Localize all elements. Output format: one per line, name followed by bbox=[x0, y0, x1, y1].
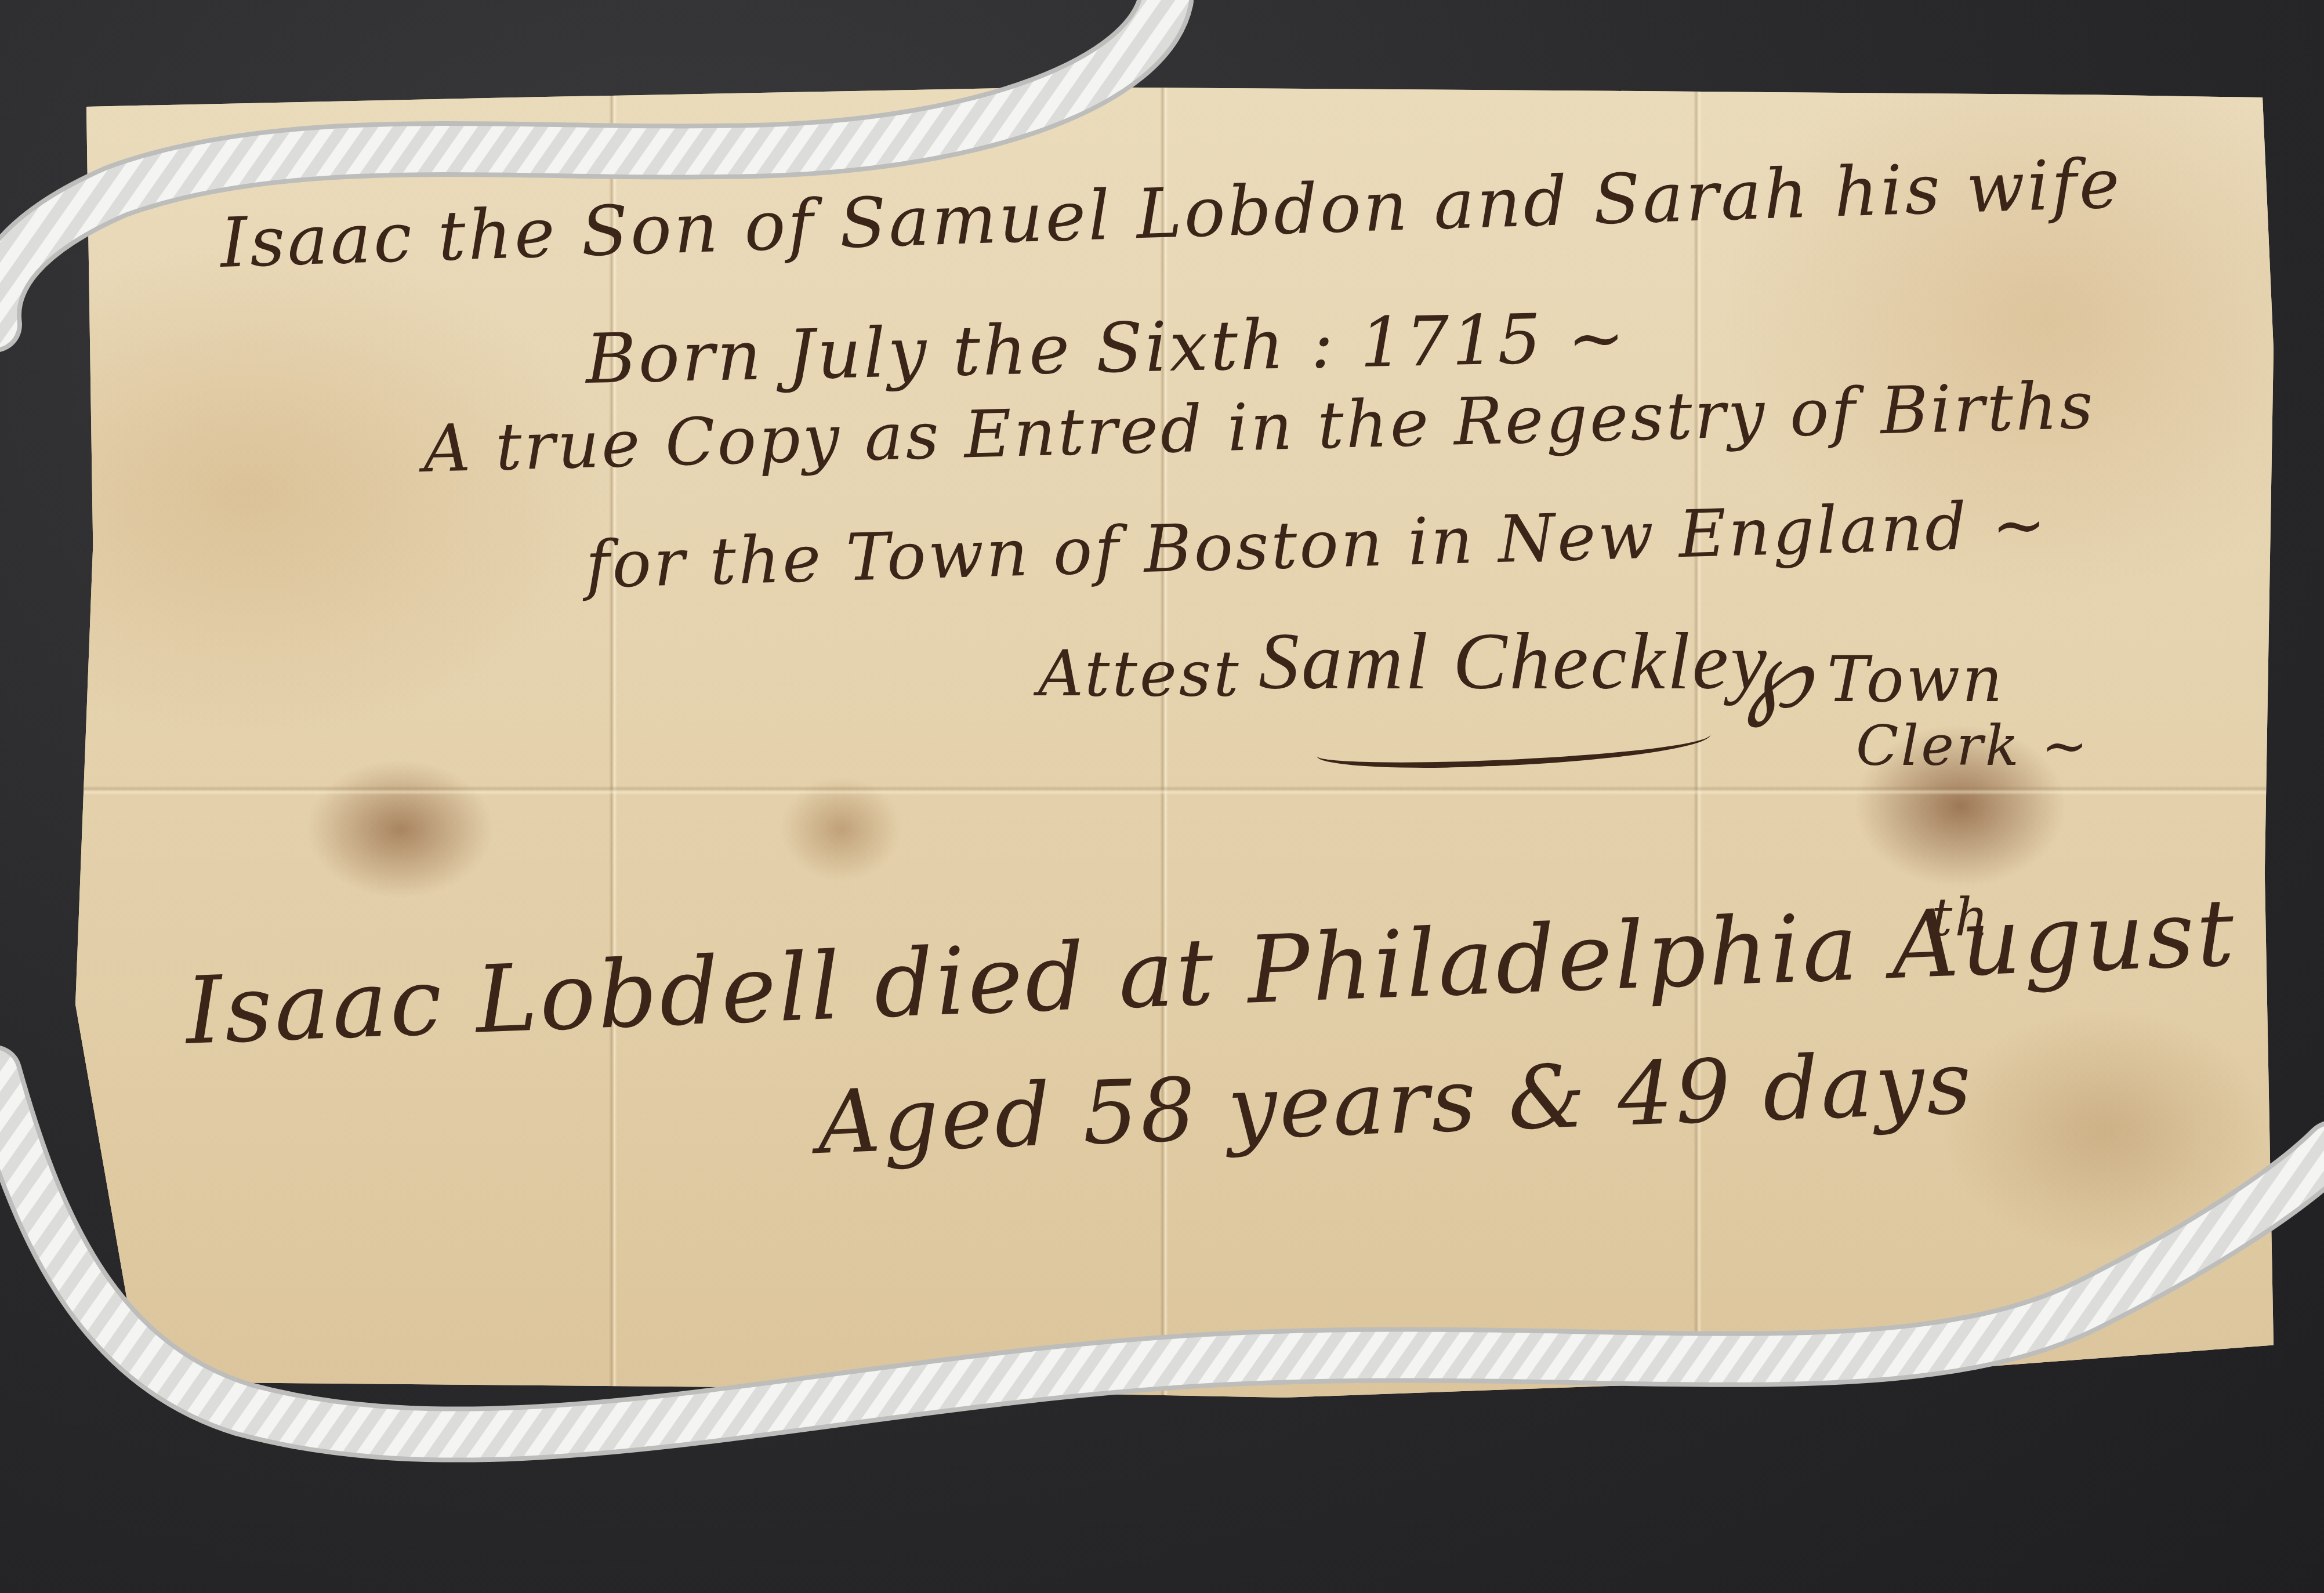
fold-line-horizontal bbox=[75, 786, 2274, 795]
death-record-line-2: Aged 58 years & 49 days bbox=[816, 1032, 1975, 1173]
attest-label: Attest bbox=[1038, 638, 1241, 710]
fold-line-vertical-1 bbox=[609, 87, 617, 1398]
clerk-title-town: Town bbox=[1827, 644, 2005, 716]
death-record-line-1: Isaac Lobdell died at Philadelphia Augus… bbox=[183, 854, 2324, 1065]
clerk-title-clerk: Clerk ~ bbox=[1856, 713, 2090, 778]
fold-line-vertical-2 bbox=[1160, 87, 1168, 1398]
birth-record-line-1: Isaac the Son of Samuel Lobdon and Sarah… bbox=[219, 143, 2123, 283]
clerk-signature: Saml Checkley bbox=[1259, 615, 1769, 708]
per-mark: ℘ bbox=[1746, 620, 1813, 729]
birth-record-line-4: for the Town of Boston in New England ~ bbox=[585, 487, 2049, 603]
signature-flourish bbox=[1316, 718, 1712, 772]
document-sheet: Isaac the Son of Samuel Lobdon and Sarah… bbox=[75, 87, 2274, 1398]
